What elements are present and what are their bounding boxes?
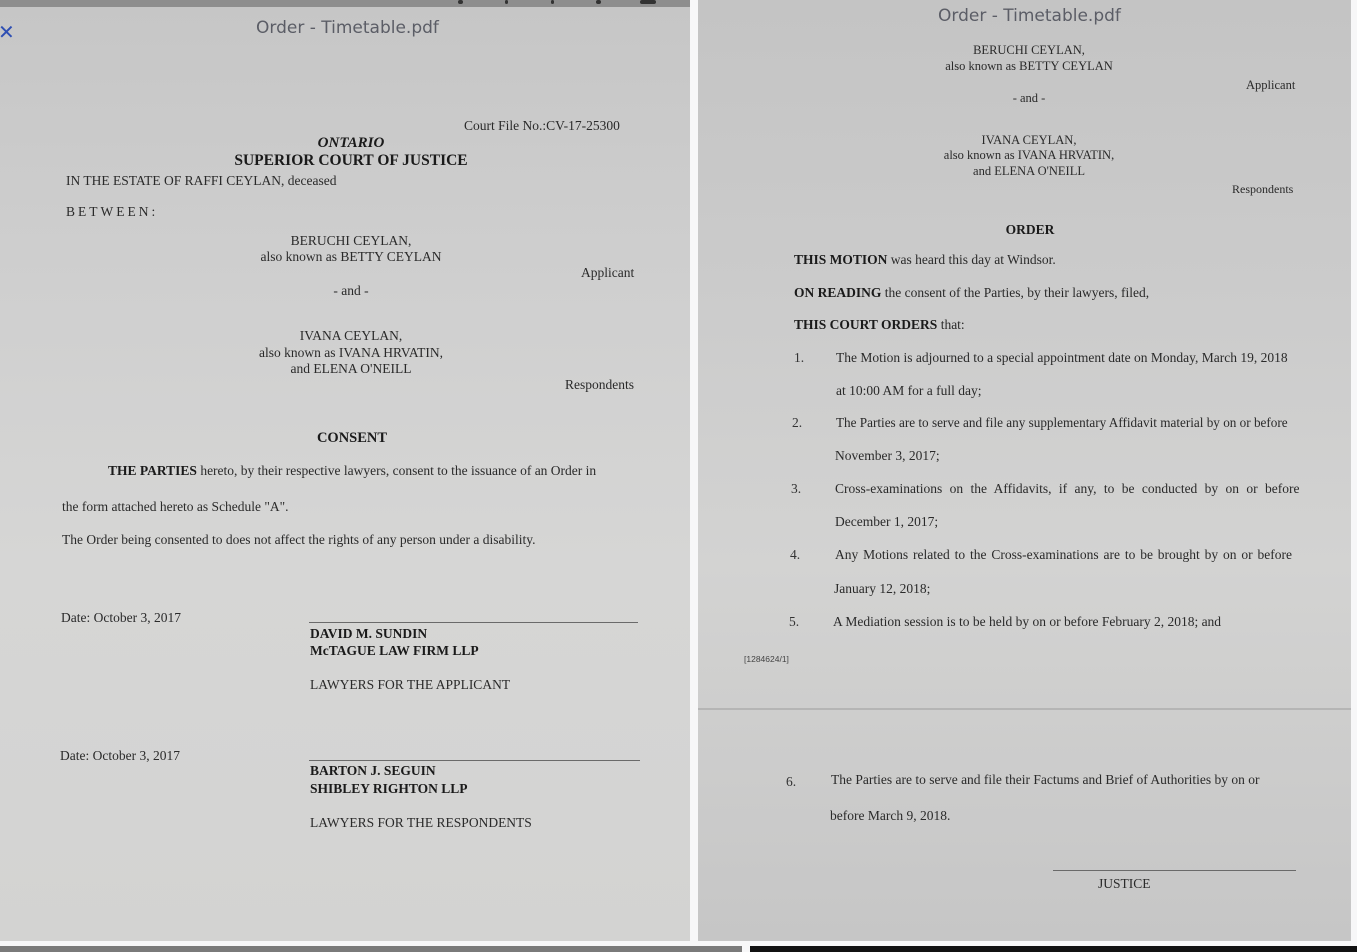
respondent-aka: also known as IVANA HRVATIN, [259, 345, 443, 361]
signature-date: Date: October 3, 2017 [61, 610, 181, 626]
applicant-aka: also known as BETTY CEYLAN [261, 249, 442, 265]
parties-bold: THE PARTIES [108, 463, 197, 478]
pdf-viewer-page-2: Order - Timetable.pdf BERUCHI CEYLAN, al… [698, 0, 1351, 941]
battery-icon [640, 0, 656, 4]
page-break [698, 708, 1351, 710]
document-title: Order - Timetable.pdf [938, 6, 1121, 26]
lawyer-role: LAWYERS FOR THE RESPONDENTS [310, 815, 532, 831]
status-icon [505, 0, 508, 4]
item-number: 4. [790, 547, 800, 563]
document-title: Order - Timetable.pdf [256, 18, 439, 38]
item-text-cont: December 1, 2017; [835, 514, 938, 530]
item-number: 3. [791, 481, 801, 497]
law-firm: McTAGUE LAW FIRM LLP [310, 643, 479, 659]
consent-text: hereto, by their respective lawyers, con… [197, 463, 596, 478]
applicant-aka: also known as BETTY CEYLAN [945, 59, 1113, 74]
consent-heading: CONSENT [317, 430, 387, 447]
status-icon [458, 0, 463, 4]
item-number: 5. [789, 614, 799, 630]
item-text: Cross-examinations on the Affidavits, if… [835, 481, 1300, 497]
item-text-cont: January 12, 2018; [834, 581, 930, 597]
and-separator: - and - [1013, 91, 1046, 106]
signature-date: Date: October 3, 2017 [60, 748, 180, 764]
and-separator: - and - [333, 283, 368, 299]
close-icon[interactable]: ✕ [0, 22, 16, 42]
justice-signature-line [1053, 870, 1296, 871]
item-text: The Parties are to serve and file their … [831, 772, 1260, 788]
disability-paragraph: The Order being consented to does not af… [62, 532, 536, 548]
next-screenshot-edge [750, 946, 1357, 952]
item-text-cont: November 3, 2017; [835, 448, 940, 464]
between-label: BETWEEN: [66, 204, 158, 220]
orders-bold: THIS COURT ORDERS [794, 317, 937, 332]
status-icon [596, 0, 601, 4]
item-number: 1. [794, 350, 804, 366]
motion-paragraph: THIS MOTION was heard this day at Windso… [794, 252, 1056, 268]
signature-line [309, 622, 638, 623]
estate-line: IN THE ESTATE OF RAFFI CEYLAN, deceased [66, 173, 337, 189]
orders-paragraph: THIS COURT ORDERS that: [794, 317, 965, 333]
consent-paragraph-line2: the form attached hereto as Schedule "A"… [62, 499, 289, 515]
orders-text: that: [937, 317, 964, 332]
item-text: Any Motions related to the Cross-examina… [835, 547, 1292, 563]
applicant-label: Applicant [581, 265, 634, 281]
respondent-and: and ELENA O'NEILL [973, 164, 1085, 179]
item-text-cont: at 10:00 AM for a full day; [836, 383, 981, 399]
court-file-number: Court File No.:CV-17-25300 [464, 118, 620, 134]
lawyer-name: BARTON J. SEGUIN [310, 763, 436, 779]
pdf-viewer-page-1: ✕ Order - Timetable.pdf Court File No.:C… [0, 0, 690, 941]
province-heading: ONTARIO [318, 135, 385, 152]
respondents-label: Respondents [1232, 182, 1293, 197]
item-text: A Mediation session is to be held by on … [833, 614, 1221, 630]
reading-bold: ON READING [794, 285, 881, 300]
applicant-name: BERUCHI CEYLAN, [291, 233, 412, 249]
respondent-name: IVANA CEYLAN, [300, 328, 403, 344]
reading-paragraph: ON READING the consent of the Parties, b… [794, 285, 1149, 301]
applicant-label: Applicant [1246, 78, 1295, 93]
law-firm: SHIBLEY RIGHTON LLP [310, 781, 468, 797]
reading-text: the consent of the Parties, by their law… [881, 285, 1149, 300]
respondent-aka: also known as IVANA HRVATIN, [944, 148, 1114, 163]
motion-bold: THIS MOTION [794, 252, 887, 267]
respondents-label: Respondents [565, 377, 634, 393]
lawyer-name: DAVID M. SUNDIN [310, 626, 427, 642]
next-screenshot-edge [0, 946, 742, 952]
lawyer-role: LAWYERS FOR THE APPLICANT [310, 677, 510, 693]
applicant-name: BERUCHI CEYLAN, [973, 43, 1085, 58]
signature-line [309, 760, 640, 761]
respondent-and: and ELENA O'NEILL [291, 361, 412, 377]
consent-paragraph: THE PARTIES hereto, by their respective … [108, 463, 596, 479]
motion-text: was heard this day at Windsor. [887, 252, 1055, 267]
status-icon [551, 0, 554, 4]
justice-label: JUSTICE [1098, 876, 1151, 892]
device-status-strip [0, 0, 690, 7]
respondent-name: IVANA CEYLAN, [982, 133, 1077, 148]
court-heading: SUPERIOR COURT OF JUSTICE [234, 152, 467, 170]
item-text: The Parties are to serve and file any su… [836, 415, 1288, 431]
order-heading: ORDER [1006, 222, 1055, 238]
item-text: The Motion is adjourned to a special app… [836, 350, 1288, 366]
document-reference: [1284624/1] [744, 654, 789, 664]
item-number: 2. [792, 415, 802, 431]
item-text-cont: before March 9, 2018. [830, 808, 950, 824]
item-number: 6. [786, 774, 796, 790]
